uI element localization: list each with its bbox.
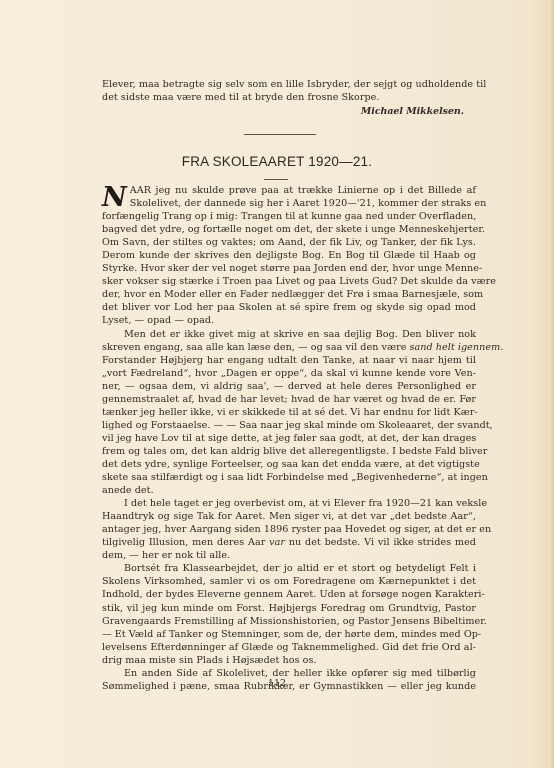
text-line: anede det. (102, 484, 476, 497)
title-underline (264, 179, 288, 180)
text-segment: skreven engang, saa alle kan læse den, —… (102, 342, 410, 353)
text-line: Men det er ikke givet mig at skrive en s… (102, 328, 476, 341)
page-edge (548, 0, 554, 768)
text-line: lighed og Forstaaelse. — — Saa naar jeg … (102, 419, 476, 432)
scanned-page: Elever, maa betragte sig selv som en lil… (0, 0, 554, 768)
paragraph-3: I det hele taget er jeg overbevist om, a… (102, 497, 476, 562)
drop-cap: N (102, 186, 127, 210)
text-line: sker vokser sig stærke i Troen paa Livet… (102, 275, 476, 288)
text-line: Derom kunde der skrives den dejligste Bo… (102, 249, 476, 262)
text-line: der, hvor en Moder eller en Fader nedlæg… (102, 288, 476, 301)
text-line: dem, — her er nok til alle. (102, 549, 476, 562)
text-line: levelsens Efterdønninger af Glæde og Tak… (102, 641, 476, 654)
text-line: ner, — ogsaa dem, vi aldrig saa', — derv… (102, 380, 476, 393)
article-title: FRA SKOLEAARET 1920—21. (0, 154, 554, 169)
text-line: gennemstraalet af, hvad de har levet; hv… (102, 393, 476, 406)
text-line: Forstander Højbjerg har engang udtalt de… (102, 354, 476, 367)
text-line: Om Savn, der stiltes og vaktes; om Aand,… (102, 236, 476, 249)
text-line: Lyset, — opad — opad. (102, 314, 476, 327)
author-signature: Michael Mikkelsen. (361, 106, 464, 117)
paragraph-2: Men det er ikke givet mig at skrive en s… (102, 328, 476, 498)
text-line: forfængelig Trang op i mig: Trangen til … (102, 210, 476, 223)
page-number: 112 (0, 678, 554, 689)
text-line: Skolens Virksomhed, samler vi os om Fore… (102, 575, 476, 588)
text-line: „vort Fædreland“, hvor „Dagen er oppe“, … (102, 367, 476, 380)
text-line: det bliver vor Lod her paa Skolen at sé … (102, 301, 476, 314)
paragraph-4: Bortsét fra Klassearbejdet, der jo altid… (102, 562, 476, 666)
intro-paragraph: Elever, maa betragte sig selv som en lil… (102, 78, 476, 104)
text-line: antager jeg, hver Aargang siden 1896 rys… (102, 523, 476, 536)
text-line: AAR jeg nu skulde prøve paa at trække Li… (102, 184, 476, 197)
text-line: Skolelivet, der dannede sig her i Aaret … (102, 197, 476, 210)
italic-emphasis: sand helt igennem. (410, 342, 504, 353)
text-line: tilgivelig Illusion, men deres Aar var n… (102, 536, 476, 549)
text-line: Indhold, der bydes Eleverne gennem Aaret… (102, 588, 476, 601)
text-segment: tilgivelig Illusion, men deres Aar (102, 537, 269, 548)
text-line: drig maa miste sin Plads i Højsædet hos … (102, 654, 476, 667)
text-segment: nu det bedste. Vi vil ikke strides med (285, 537, 476, 548)
text-line: det sidste maa være med til at bryde den… (102, 91, 476, 104)
text-line: Gravengaards Fremstilling af Missionshis… (102, 615, 476, 628)
text-line: skete saa stilfærdigt og i saa lidt Forb… (102, 471, 476, 484)
italic-emphasis: var (269, 537, 285, 548)
text-line: tænker jeg heller ikke, vi er skikkede t… (102, 406, 476, 419)
text-line: vil jeg have Lov til at sige dette, at j… (102, 432, 476, 445)
text-line: I det hele taget er jeg overbevist om, a… (102, 497, 476, 510)
section-divider (244, 134, 316, 135)
text-line: skreven engang, saa alle kan læse den, —… (102, 341, 476, 354)
paragraph-1: N AAR jeg nu skulde prøve paa at trække … (102, 184, 476, 328)
text-line: stik, vil jeg kun minde om Forst. Højbje… (102, 602, 476, 615)
text-line: Bortsét fra Klassearbejdet, der jo altid… (102, 562, 476, 575)
text-line: Elever, maa betragte sig selv som en lil… (102, 78, 476, 91)
text-line: frem og tales om, det kan aldrig blive d… (102, 445, 476, 458)
text-line: Haandtryk og sige Tak for Aaret. Men sig… (102, 510, 476, 523)
text-line: Styrke. Hvor sker der vel noget større p… (102, 262, 476, 275)
article-body: N AAR jeg nu skulde prøve paa at trække … (102, 184, 476, 693)
text-line: bagved det ydre, og fortælle noget om de… (102, 223, 476, 236)
text-line: — Et Væld af Tanker og Stemninger, som d… (102, 628, 476, 641)
text-line: det dets ydre, synlige Forteelser, og sa… (102, 458, 476, 471)
